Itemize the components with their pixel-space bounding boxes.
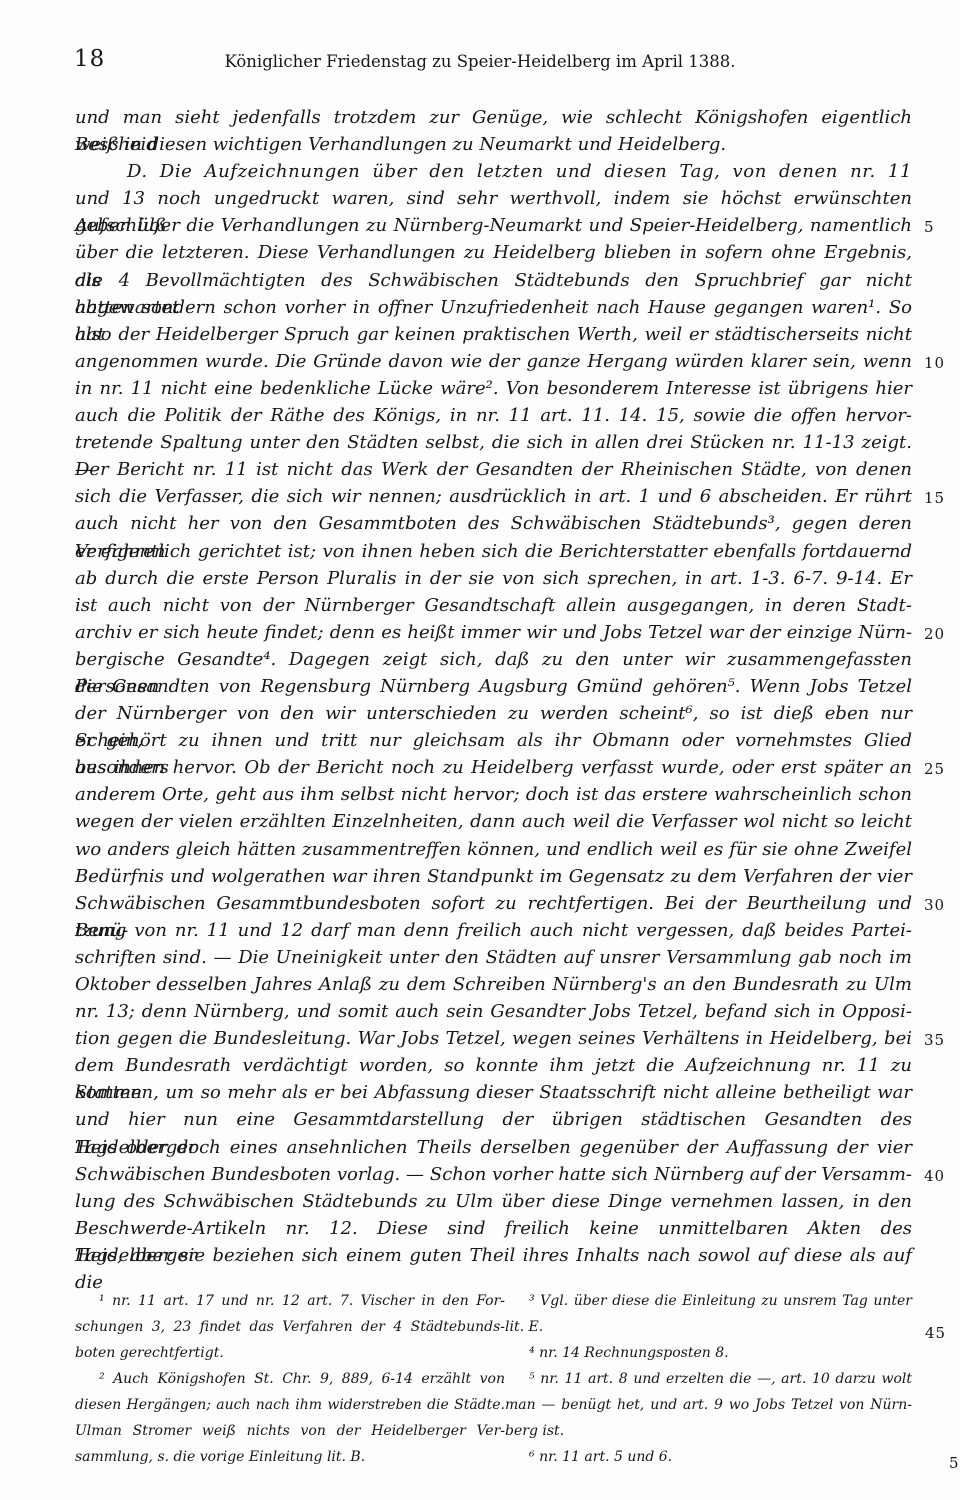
body-line: wegen der vielen erzählten Einzelnheiten… xyxy=(75,808,912,835)
body-line: in nr. 11 nicht eine bedenkliche Lücke w… xyxy=(75,375,912,402)
margin-line-number: 30 xyxy=(924,892,960,919)
body-line section-heading-d: D. Die Aufzeichnungen über den letzten u… xyxy=(75,158,912,185)
footnote-line: man — benügt het, und art. 9 wo Jobs Tet… xyxy=(505,1392,912,1418)
main-text-block: und man sieht jedenfalls trotzdem zur Ge… xyxy=(75,104,912,1269)
body-line: lung des Schwäbischen Städtebunds zu Ulm… xyxy=(75,1188,912,1215)
margin-line-number: 35 xyxy=(924,1027,960,1054)
body-line: aus ihnen hervor. Ob der Bericht noch zu… xyxy=(75,754,912,781)
footnotes-left-column: ¹ nr. 11 art. 17 und nr. 12 art. 7. Visc… xyxy=(75,1288,505,1470)
body-line: Schwäbischen Gesammtbundesboten sofort z… xyxy=(75,890,912,917)
margin-line-number: 20 xyxy=(924,621,960,648)
body-line: auch die Politik der Räthe des Königs, i… xyxy=(75,402,912,429)
body-line: der Nürnberger von den wir unterschieden… xyxy=(75,700,912,727)
footnote-line: ² Auch Königshofen St. Chr. 9, 889, 6-14… xyxy=(75,1366,505,1392)
body-line: schriften sind. — Die Uneinigkeit unter … xyxy=(75,944,912,971)
body-line: anderem Orte, geht aus ihm selbst nicht … xyxy=(75,781,912,808)
footnote-line: boten gerechtfertigt. xyxy=(75,1340,505,1366)
body-line: die 4 Bevollmächtigten des Schwäbischen … xyxy=(75,267,912,294)
body-line: Der Bericht nr. 11 ist nicht das Werk de… xyxy=(75,456,912,483)
footnote-line: ³ Vgl. über diese die Einleitung zu unsr… xyxy=(505,1288,912,1314)
body-line: ist auch nicht von der Nürnberger Gesand… xyxy=(75,592,912,619)
footnote-line: lit. E.45 xyxy=(505,1314,912,1340)
margin-line-number: 25 xyxy=(924,756,960,783)
body-line: und man sieht jedenfalls trotzdem zur Ge… xyxy=(75,104,912,131)
footnote-line: schungen 3, 23 findet das Verfahren der … xyxy=(75,1314,505,1340)
body-line: bergische Gesandte⁴. Dagegen zeigt sich,… xyxy=(75,646,912,673)
footnote-line: diesen Hergängen; auch nach ihm widerstr… xyxy=(75,1392,505,1418)
body-line: Bedürfnis und wolgerathen war ihren Stan… xyxy=(75,863,912,890)
body-line: weiß in diesen wichtigen Verhandlungen z… xyxy=(75,131,912,158)
body-line: und hier nun eine Gesammtdarstellung der… xyxy=(75,1106,912,1133)
body-line: wo anders gleich hätten zusammentreffen … xyxy=(75,836,912,863)
body-line: sich die Verfasser, die sich wir nennen;… xyxy=(75,483,912,510)
margin-line-number: 45 xyxy=(925,1320,960,1346)
footnote-line: ⁴ nr. 14 Rechnungsposten 8. xyxy=(505,1340,912,1366)
body-line: Tags, aber sie beziehen sich einem guten… xyxy=(75,1242,912,1269)
footnotes-right-column: ³ Vgl. über diese die Einleitung zu unsr… xyxy=(505,1288,912,1470)
body-line: kommen, um so mehr als er bei Abfassung … xyxy=(75,1079,912,1106)
body-line: Beschwerde-Artikeln nr. 12. Diese sind f… xyxy=(75,1215,912,1242)
margin-line-number: 15 xyxy=(924,485,960,512)
footnote-line: Ulman Stromer weiß nichts von der Heidel… xyxy=(75,1418,505,1444)
body-line: ab durch die erste Person Pluralis in de… xyxy=(75,565,912,592)
footnote-line: berg ist. xyxy=(505,1418,912,1444)
body-line: angenommen wurde. Die Gründe davon wie d… xyxy=(75,348,912,375)
footnote-line: ⁶ nr. 11 art. 5 und 6.50 xyxy=(505,1444,912,1470)
body-line: die Gesandten von Regensburg Nürnberg Au… xyxy=(75,673,912,700)
body-line: er eigentlich gerichtet ist; von ihnen h… xyxy=(75,538,912,565)
footnote-line: ¹ nr. 11 art. 17 und nr. 12 art. 7. Visc… xyxy=(75,1288,505,1314)
body-line: Tags oder doch eines ansehnlichen Theils… xyxy=(75,1134,912,1161)
body-line: Schwäbischen Bundesboten vorlag. — Schon… xyxy=(75,1161,912,1188)
margin-line-number: 10 xyxy=(924,350,960,377)
body-line: tretende Spaltung unter den Städten selb… xyxy=(75,429,912,456)
body-line: und 13 noch ungedruckt waren, sind sehr … xyxy=(75,185,912,212)
margin-line-number: 40 xyxy=(924,1163,960,1190)
body-line: Oktober desselben Jahres Anlaß zu dem Sc… xyxy=(75,971,912,998)
body-line: tion gegen die Bundesleitung. War Jobs T… xyxy=(75,1025,912,1052)
body-line: über die letzteren. Diese Verhandlungen … xyxy=(75,239,912,266)
body-line: dem Bundesrath verdächtigt worden, so ko… xyxy=(75,1052,912,1079)
book-page: 18 Königlicher Friedenstag zu Speier-Hei… xyxy=(0,0,960,1500)
body-line: nr. 13; denn Nürnberg, und somit auch se… xyxy=(75,998,912,1025)
body-line: geben über die Verhandlungen zu Nürnberg… xyxy=(75,212,912,239)
running-title: Königlicher Friedenstag zu Speier-Heidel… xyxy=(0,52,960,71)
margin-line-number: 50 xyxy=(925,1450,960,1476)
body-line: also der Heidelberger Spruch gar keinen … xyxy=(75,321,912,348)
body-line: archiv er sich heute findet; denn es hei… xyxy=(75,619,912,646)
footnotes-block: ¹ nr. 11 art. 17 und nr. 12 art. 7. Visc… xyxy=(75,1288,912,1470)
footnote-line: ⁵ nr. 11 art. 8 und erzelten die —, art.… xyxy=(505,1366,912,1392)
body-line: hatten sondern schon vorher in offner Un… xyxy=(75,294,912,321)
footnote-line: sammlung, s. die vorige Einleitung lit. … xyxy=(75,1444,505,1470)
body-line: er gehört zu ihnen und tritt nur gleichs… xyxy=(75,727,912,754)
margin-line-number: 5 xyxy=(924,214,960,241)
body-line: tzung von nr. 11 und 12 darf man denn fr… xyxy=(75,917,912,944)
body-line: auch nicht her von den Gesammtboten des … xyxy=(75,510,912,537)
